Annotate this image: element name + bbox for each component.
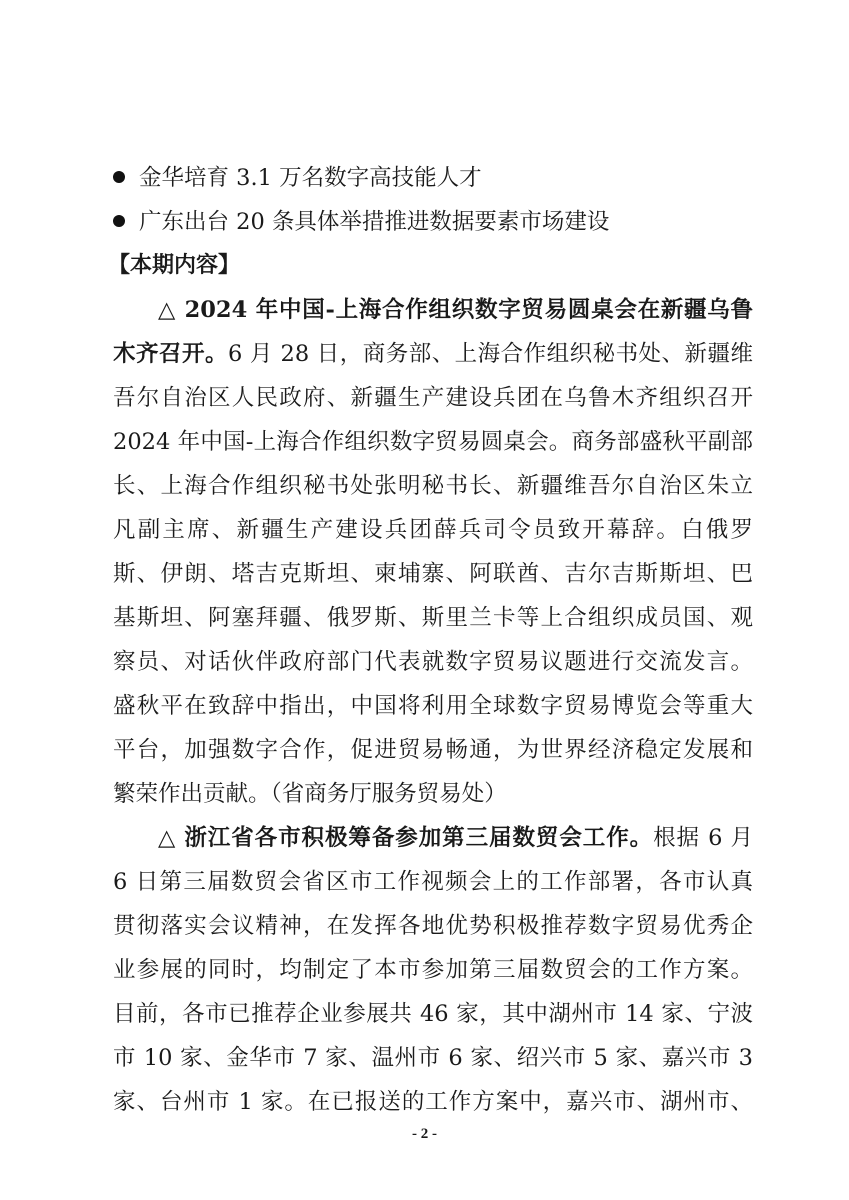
article-1-line: 2024 年中国-上海合作组织数字贸易圆桌会。商务部盛秋平副部 bbox=[113, 420, 753, 464]
article-1-title-line: △ 2024 年中国-上海合作组织数字贸易圆桌会在新疆乌鲁 bbox=[113, 288, 753, 332]
article-1-line: 木齐召开。6 月 28 日，商务部、上海合作组织秘书处、新疆维 bbox=[113, 332, 753, 376]
triangle-icon: △ bbox=[158, 297, 176, 323]
article-1-line: 察员、对话伙伴政府部门代表就数字贸易议题进行交流发言。 bbox=[113, 640, 753, 684]
article-1-line: 平台，加强数字合作，促进贸易畅通，为世界经济稳定发展和 bbox=[113, 728, 753, 772]
bullet-text: 金华培育 3.1 万名数字高技能人才 bbox=[139, 165, 482, 191]
article-1-line: 基斯坦、阿塞拜疆、俄罗斯、斯里兰卡等上合组织成员国、观 bbox=[113, 596, 753, 640]
article-2-line: 目前，各市已推荐企业参展共 46 家，其中湖州市 14 家、宁波 bbox=[113, 992, 753, 1036]
article-2-title: 浙江省各市积极筹备参加第三届数贸会工作。 bbox=[184, 825, 653, 851]
bullet-item: 广东出台 20 条具体举措推进数据要素市场建设 bbox=[113, 200, 753, 244]
document-page: 金华培育 3.1 万名数字高技能人才 广东出台 20 条具体举措推进数据要素市场… bbox=[0, 0, 849, 1200]
bullet-item: 金华培育 3.1 万名数字高技能人才 bbox=[113, 156, 753, 200]
article-1-line: 吾尔自治区人民政府、新疆生产建设兵团在乌鲁木齐组织召开 bbox=[113, 376, 753, 420]
article-2-line: 贯彻落实会议精神，在发挥各地优势积极推荐数字贸易优秀企 bbox=[113, 904, 753, 948]
article-1-title-cont: 木齐召开。 bbox=[113, 341, 228, 367]
article-2-line: 业参展的同时，均制定了本市参加第三届数贸会的工作方案。 bbox=[113, 948, 753, 992]
article-2-title-line: △ 浙江省各市积极筹备参加第三届数贸会工作。根据 6 月 bbox=[113, 816, 753, 860]
article-1-line: 斯、伊朗、塔吉克斯坦、柬埔寨、阿联酋、吉尔吉斯斯坦、巴 bbox=[113, 552, 753, 596]
article-2-line: 6 日第三届数贸会省区市工作视频会上的工作部署，各市认真 bbox=[113, 860, 753, 904]
bullet-text: 广东出台 20 条具体举措推进数据要素市场建设 bbox=[139, 209, 609, 235]
triangle-icon: △ bbox=[158, 825, 176, 851]
article-1-body: 6 月 28 日，商务部、上海合作组织秘书处、新疆维 bbox=[228, 341, 753, 367]
article-1-title: 2024 年中国-上海合作组织数字贸易圆桌会在新疆乌鲁 bbox=[185, 297, 753, 323]
article-1-line: 长、上海合作组织秘书处张明秘书长、新疆维吾尔自治区朱立 bbox=[113, 464, 753, 508]
section-heading: 【本期内容】 bbox=[108, 244, 748, 288]
bullet-dot-icon bbox=[113, 215, 125, 227]
page-number: - 2 - bbox=[0, 1126, 849, 1143]
article-1-line: 繁荣作出贡献。（省商务厅服务贸易处） bbox=[113, 772, 753, 816]
article-1-line: 盛秋平在致辞中指出，中国将利用全球数字贸易博览会等重大 bbox=[113, 684, 753, 728]
article-2-body: 根据 6 月 bbox=[653, 825, 753, 851]
article-2-line: 市 10 家、金华市 7 家、温州市 6 家、绍兴市 5 家、嘉兴市 3 bbox=[113, 1036, 753, 1080]
article-2-line: 家、台州市 1 家。在已报送的工作方案中，嘉兴市、湖州市、 bbox=[113, 1080, 753, 1124]
article-1-line: 凡副主席、新疆生产建设兵团薛兵司令员致开幕辞。白俄罗 bbox=[113, 508, 753, 552]
bullet-dot-icon bbox=[113, 171, 125, 183]
